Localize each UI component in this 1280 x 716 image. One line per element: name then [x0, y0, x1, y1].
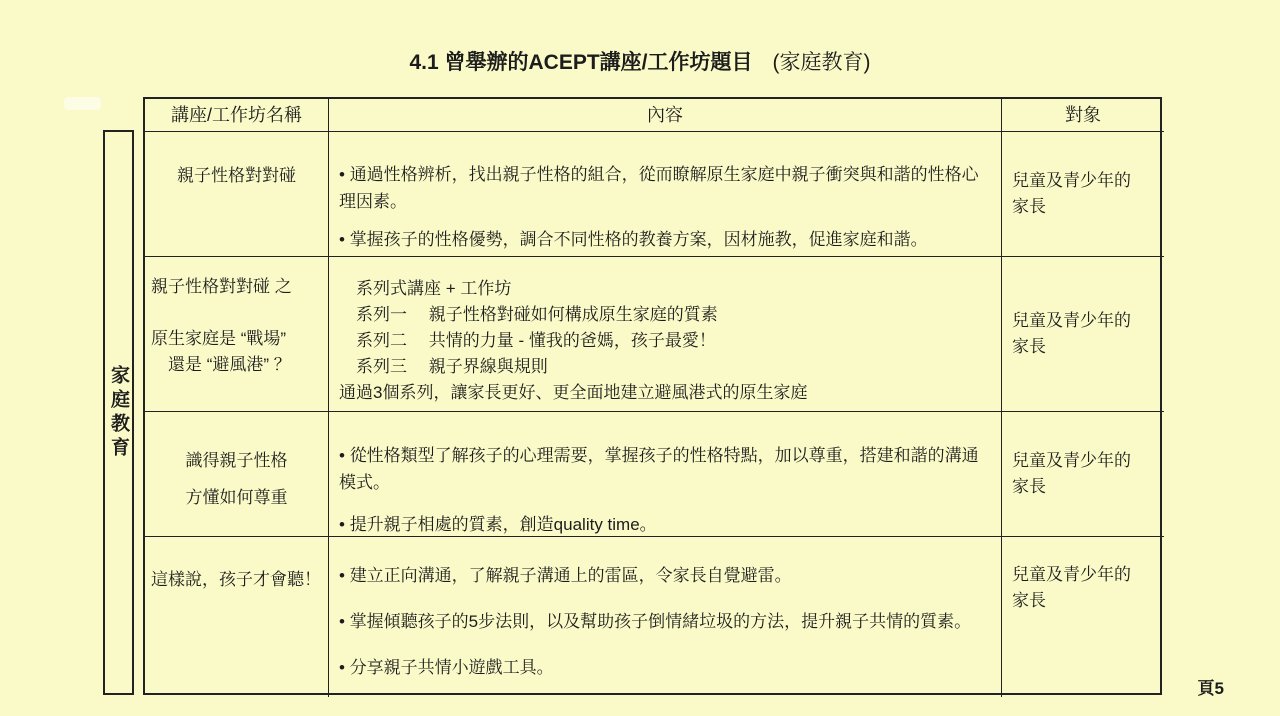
workshop-name: 親子性格對對碰 — [149, 163, 324, 189]
row1-name-cell: 親子性格對對碰 — [145, 132, 329, 257]
content-line: 系列三 親子界線與規則 — [339, 354, 991, 380]
page-title: 4.1 曾舉辦的ACEPT講座/工作坊題目(家庭教育) — [0, 46, 1280, 76]
row3-audience-cell: 兒童及青少年的家長 — [1002, 412, 1164, 537]
content-bullet: • 建立正向溝通，了解親子溝通上的雷區，令家長自覺避雷。 — [339, 562, 991, 589]
content-bullet: • 通過性格辨析，找出親子性格的組合，從而瞭解原生家庭中親子衝突與和諧的性格心理… — [339, 161, 991, 215]
audience-text: 兒童及青少年的家長 — [1012, 562, 1138, 614]
content-line: 通過3個系列，讓家長更好、更全面地建立避風港式的原生家庭 — [339, 380, 991, 406]
page-title-sub: (家庭教育) — [773, 51, 871, 74]
row3-name-cell: 識得親子性格 方懂如何尊重 — [145, 412, 329, 537]
category-strip: 家庭教育 — [103, 130, 134, 695]
row1-audience-cell: 兒童及青少年的家長 — [1002, 132, 1164, 257]
bullet-icon: • — [339, 446, 345, 465]
page-number: 頁5 — [1198, 674, 1224, 699]
row2-audience-cell: 兒童及青少年的家長 — [1002, 257, 1164, 412]
row2-content-cell: 系列式講座 + 工作坊 系列一 親子性格對碰如何構成原生家庭的質素 系列二 共情… — [329, 257, 1002, 412]
workshop-name: 識得親子性格 — [149, 448, 324, 474]
audience-text: 兒童及青少年的家長 — [1012, 308, 1138, 360]
audience-text: 兒童及青少年的家長 — [1012, 168, 1138, 220]
bullet-icon: • — [339, 515, 345, 534]
header-cell-content: 內容 — [329, 99, 1002, 132]
workshop-name: 這樣說，孩子才會聽！ — [151, 567, 324, 593]
workshop-name: 還是 “避風港” ？ — [151, 352, 324, 378]
slide-edge-artifact — [64, 97, 101, 110]
bullet-icon: • — [339, 612, 345, 631]
workshops-table: 講座/工作坊名稱 內容 對象 親子性格對對碰 • 通過性格辨析，找出親子性格的組… — [143, 97, 1162, 695]
row2-name-cell: 親子性格對對碰 之 原生家庭是 “戰場” 還是 “避風港” ？ — [145, 257, 329, 412]
header-cell-audience: 對象 — [1002, 99, 1164, 132]
audience-text: 兒童及青少年的家長 — [1012, 448, 1138, 500]
page-title-main: 4.1 曾舉辦的ACEPT講座/工作坊題目 — [409, 51, 752, 74]
header-cell-name: 講座/工作坊名稱 — [145, 99, 329, 132]
category-label: 家庭教育 — [109, 365, 128, 461]
row3-content-cell: • 從性格類型了解孩子的心理需要，掌握孩子的性格特點，加以尊重，搭建和諧的溝通模… — [329, 412, 1002, 537]
content-line: 系列式講座 + 工作坊 — [339, 276, 991, 302]
row4-audience-cell: 兒童及青少年的家長 — [1002, 537, 1164, 697]
content-bullet: • 從性格類型了解孩子的心理需要，掌握孩子的性格特點，加以尊重，搭建和諧的溝通模… — [339, 442, 991, 496]
workshop-name: 原生家庭是 “戰場” — [151, 326, 324, 352]
content-line: 系列二 共情的力量 - 懂我的爸媽，孩子最愛！ — [339, 328, 991, 354]
content-line: 系列一 親子性格對碰如何構成原生家庭的質素 — [339, 302, 991, 328]
row4-content-cell: • 建立正向溝通，了解親子溝通上的雷區，令家長自覺避雷。 • 掌握傾聽孩子的5步… — [329, 537, 1002, 697]
bullet-icon: • — [339, 658, 345, 677]
bullet-icon: • — [339, 566, 345, 585]
workshop-name: 方懂如何尊重 — [149, 485, 324, 511]
content-bullet: • 掌握孩子的性格優勢，調合不同性格的教養方案，因材施教，促進家庭和諧。 — [339, 226, 991, 253]
bullet-icon: • — [339, 230, 345, 249]
bullet-icon: • — [339, 165, 345, 184]
content-bullet: • 掌握傾聽孩子的5步法則，以及幫助孩子倒情緒垃圾的方法，提升親子共情的質素。 — [339, 608, 991, 635]
workshop-name: 親子性格對對碰 之 — [151, 274, 324, 300]
row1-content-cell: • 通過性格辨析，找出親子性格的組合，從而瞭解原生家庭中親子衝突與和諧的性格心理… — [329, 132, 1002, 257]
row4-name-cell: 這樣說，孩子才會聽！ — [145, 537, 329, 697]
content-bullet: • 提升親子相處的質素，創造quality time。 — [339, 511, 991, 537]
content-bullet: • 分享親子共情小遊戲工具。 — [339, 654, 991, 681]
